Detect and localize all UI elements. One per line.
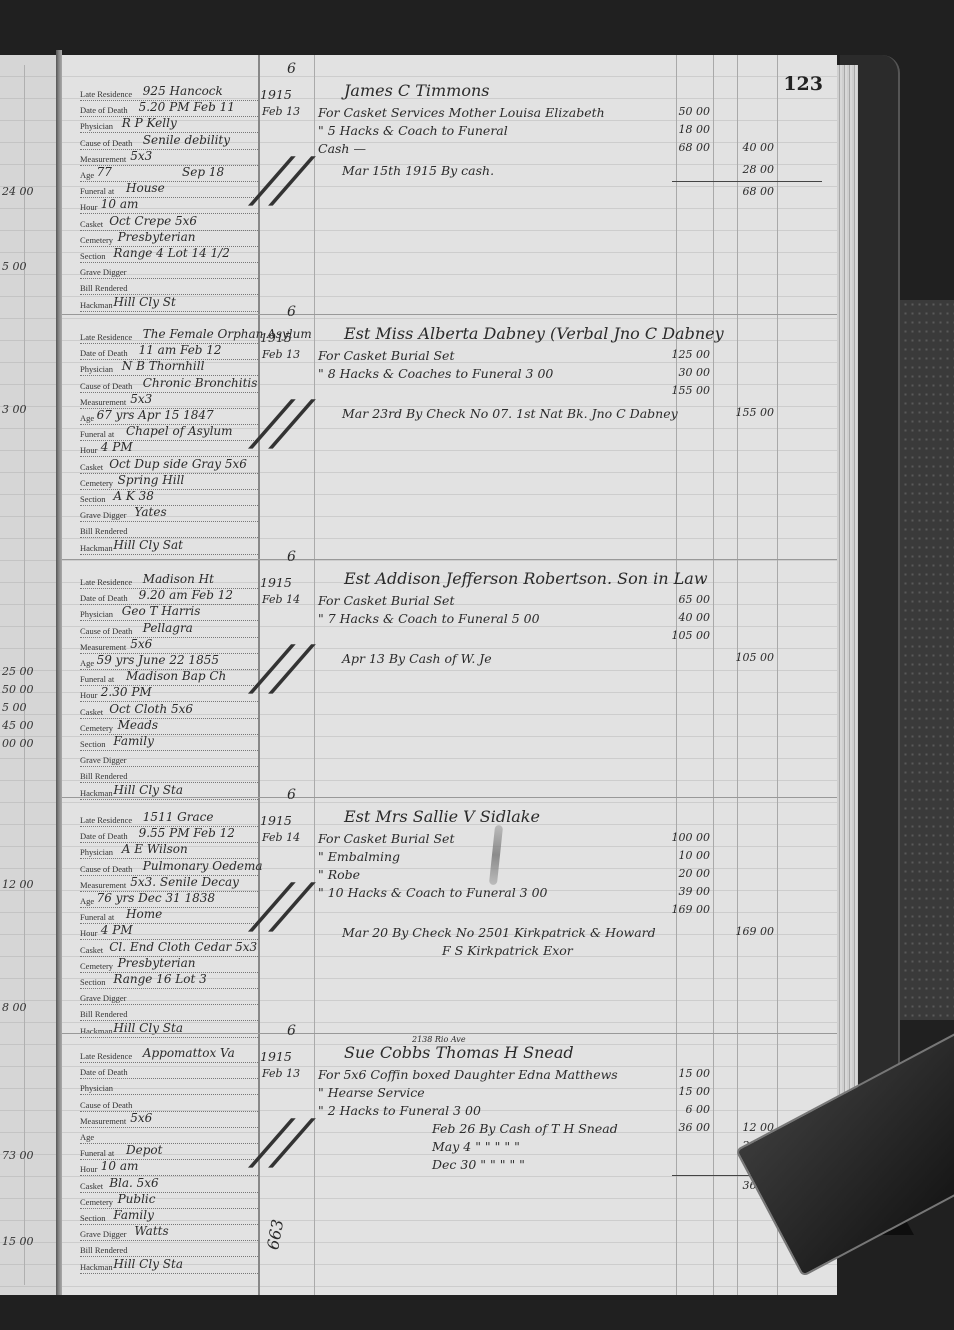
field-line <box>80 1175 258 1176</box>
field-line <box>80 1127 258 1128</box>
payment-line: Apr 13 By Cash of W. Je <box>342 651 492 666</box>
charge-line: For Casket Services Mother Louisa Elizab… <box>318 105 605 120</box>
field-label: Late Residence <box>80 577 132 587</box>
field-line <box>80 1224 258 1225</box>
field-label: Measurement <box>80 880 126 890</box>
charge-line: Cash — <box>318 141 366 156</box>
payment-line: Mar 23rd By Check No 07. 1st Nat Bk. Jno… <box>342 406 678 421</box>
field-section: A K 38 <box>113 489 154 503</box>
field-label: Grave Digger <box>80 267 127 277</box>
field-line <box>80 1240 258 1241</box>
entry-date: Feb 14 <box>262 593 300 606</box>
field-label: Section <box>80 977 106 987</box>
field-label: Cause of Death <box>80 381 132 391</box>
field-label: Hour <box>80 445 97 455</box>
left-amount: 25 00 <box>2 665 34 678</box>
field-label: Section <box>80 739 106 749</box>
charge-line: For Casket Burial Set <box>318 831 454 846</box>
field-line <box>80 521 258 522</box>
field-label: Physician <box>80 847 113 857</box>
field-label: Bill Rendered <box>80 1245 127 1255</box>
charge-line: " 7 Hacks & Coach to Funeral 5 00 <box>318 611 540 626</box>
field-label: Age <box>80 170 94 180</box>
field-hour: 10 am <box>101 1159 139 1173</box>
page-number: 123 <box>783 73 823 95</box>
field-label: Casket <box>80 462 103 472</box>
field-cemetery: Presbyterian <box>118 956 196 970</box>
field-cause-of-death: Pellagra <box>143 621 193 635</box>
field-line <box>80 734 258 735</box>
field-line <box>80 766 258 767</box>
ink-stain <box>489 825 503 886</box>
field-label: Bill Rendered <box>80 526 127 536</box>
charge-amount: 100 00 <box>666 831 710 844</box>
field-cause-of-death: Senile debility <box>143 133 230 147</box>
charge-amount: 20 00 <box>666 867 710 880</box>
field-cemetery: Presbyterian <box>118 230 196 244</box>
field-label: Hour <box>80 202 97 212</box>
charge-line: " Robe <box>318 867 360 882</box>
entry-name: James C Timmons <box>344 81 490 100</box>
field-label: Date of Death <box>80 831 128 841</box>
payment-amount: 28 00 <box>730 163 774 176</box>
payment-amount: 155 00 <box>730 406 774 419</box>
left-amount: 45 00 <box>2 719 34 732</box>
field-line <box>80 505 258 506</box>
field-label: Grave Digger <box>80 1229 127 1239</box>
charge-amount: 68 00 <box>666 141 710 154</box>
side-note: 663 <box>263 1218 287 1251</box>
field-label: Age <box>80 1132 94 1142</box>
field-age: 59 yrs June 22 1855 <box>97 653 219 667</box>
field-section: Family <box>113 1208 154 1222</box>
charge-line: For 5x6 Coffin boxed Daughter Edna Matth… <box>318 1067 618 1082</box>
field-funeral-at: Madison Bap Ch <box>126 669 226 683</box>
charge-line: " 8 Hacks & Coaches to Funeral 3 00 <box>318 366 553 381</box>
charge-amount: 125 00 <box>666 348 710 361</box>
field-hour: 2.30 PM <box>101 685 152 699</box>
field-funeral-at: Depot <box>126 1143 162 1157</box>
ledger-page: 123 Late Residence925 HancockDate of Dea… <box>62 55 837 1295</box>
field-label: Casket <box>80 219 103 229</box>
charge-line: " Hearse Service <box>318 1085 425 1100</box>
entry-separator <box>62 559 837 560</box>
total-rule <box>672 181 822 182</box>
entry-year: 1915 <box>260 813 292 828</box>
field-grave-digger: Yates <box>134 505 166 519</box>
field-label: Date of Death <box>80 1067 128 1077</box>
field-casket: Bla. 5x6 <box>109 1176 158 1190</box>
left-amount: 8 00 <box>2 1001 27 1014</box>
entry-mark: 6 <box>287 1023 296 1039</box>
field-label: Physician <box>80 364 113 374</box>
field-label: Cemetery <box>80 1197 113 1207</box>
charge-amount: 50 00 <box>666 105 710 118</box>
field-label: Casket <box>80 945 103 955</box>
field-cemetery: Public <box>118 1192 156 1206</box>
entry-separator <box>62 797 837 798</box>
credit-column-line <box>737 55 738 1295</box>
charge-line: " 2 Hacks to Funeral 3 00 <box>318 1103 481 1118</box>
field-line <box>80 489 258 490</box>
field-label: Section <box>80 494 106 504</box>
field-line <box>80 262 258 263</box>
payment-amount: 36 00 <box>666 1121 710 1134</box>
field-label: Late Residence <box>80 332 132 342</box>
field-line <box>80 1004 258 1005</box>
field-physician: R P Kelly <box>122 116 177 130</box>
field-late-residence: Madison Ht <box>143 572 214 586</box>
field-label: Casket <box>80 707 103 717</box>
field-age-note: Sep 18 <box>182 165 224 179</box>
left-amount: 15 00 <box>2 1235 34 1248</box>
field-line <box>80 1208 258 1209</box>
entry-mark: 6 <box>287 549 296 565</box>
field-hackman: Hill Cly Sta <box>113 1257 183 1271</box>
field-label: Measurement <box>80 1116 126 1126</box>
left-amount: 24 00 <box>2 185 34 198</box>
field-section: Range 4 Lot 14 1/2 <box>113 246 229 260</box>
payment-amount: 169 00 <box>730 925 774 938</box>
field-label: Cause of Death <box>80 138 132 148</box>
field-line <box>80 311 258 312</box>
field-casket: Oct Crepe 5x6 <box>109 214 197 228</box>
field-label: Late Residence <box>80 815 132 825</box>
field-line <box>80 554 258 555</box>
entry-date: Feb 14 <box>262 831 300 844</box>
entry-year: 1915 <box>260 87 292 102</box>
field-physician: Geo T Harris <box>122 604 201 618</box>
charge-line: For Casket Burial Set <box>318 593 454 608</box>
field-casket: Oct Cloth 5x6 <box>109 702 193 716</box>
left-amount: 12 00 <box>2 878 34 891</box>
field-line <box>80 637 258 638</box>
field-label: Age <box>80 413 94 423</box>
cents-column-line <box>713 55 714 1295</box>
field-hour: 4 PM <box>101 440 133 454</box>
field-line <box>80 149 258 150</box>
field-line <box>80 1062 258 1063</box>
charge-line: " Embalming <box>318 849 400 864</box>
charge-amount: 155 00 <box>666 384 710 397</box>
field-date-of-death: 11 am Feb 12 <box>139 343 222 357</box>
field-line <box>80 278 258 279</box>
field-age: 67 yrs Apr 15 1847 <box>97 408 214 422</box>
field-cause-of-death: Pulmonary Oedema <box>143 859 263 873</box>
field-line <box>80 392 258 393</box>
field-measurement: 5x6 <box>130 1111 152 1125</box>
field-hackman: Hill Cly Sat <box>113 538 183 552</box>
field-label: Measurement <box>80 642 126 652</box>
field-label: Age <box>80 896 94 906</box>
field-label: Funeral at <box>80 186 114 196</box>
field-funeral-at: House <box>126 181 165 195</box>
field-label: Funeral at <box>80 912 114 922</box>
field-physician: N B Thornhill <box>122 359 205 373</box>
field-label: Age <box>80 658 94 668</box>
charge-amount: 6 00 <box>666 1103 710 1116</box>
field-label: Funeral at <box>80 674 114 684</box>
payment-amount: 105 00 <box>730 651 774 664</box>
left-page-fragment: 24 00 5 00 3 00 25 00 50 00 5 00 45 00 0… <box>0 55 58 1295</box>
charge-amount: 65 00 <box>666 593 710 606</box>
field-label: Bill Rendered <box>80 283 127 293</box>
field-line <box>80 1078 258 1079</box>
left-amount: 50 00 <box>2 683 34 696</box>
charge-amount: 15 00 <box>666 1067 710 1080</box>
field-section: Family <box>113 734 154 748</box>
field-funeral-at: Chapel of Asylum <box>126 424 233 438</box>
field-label: Late Residence <box>80 1051 132 1061</box>
entry-year: 1915 <box>260 575 292 590</box>
field-label: Cause of Death <box>80 1100 132 1110</box>
entry-date: Feb 13 <box>262 348 300 361</box>
field-label: Cemetery <box>80 235 113 245</box>
payment-line: Feb 26 By Cash of T H Snead <box>432 1121 618 1136</box>
entry-mark: 6 <box>287 61 296 77</box>
field-casket: Cl. End Cloth Cedar 5x3 <box>109 940 257 954</box>
field-line <box>80 181 258 182</box>
charge-amount: 15 00 <box>666 1085 710 1098</box>
field-hour: 10 am <box>101 197 139 211</box>
field-label: Section <box>80 1213 106 1223</box>
field-late-residence: 1511 Grace <box>143 810 214 824</box>
payment-line: Mar 20 By Check No 2501 Kirkpatrick & Ho… <box>342 925 656 940</box>
field-label: Cemetery <box>80 961 113 971</box>
entry-date: Feb 13 <box>262 1067 300 1080</box>
field-label: Casket <box>80 1181 103 1191</box>
field-measurement: 5x3 <box>130 149 152 163</box>
left-amount: 3 00 <box>2 403 27 416</box>
field-label: Funeral at <box>80 429 114 439</box>
credit-amount: 40 00 <box>730 141 774 154</box>
charge-amount: 30 00 <box>666 366 710 379</box>
left-amount: 5 00 <box>2 260 27 273</box>
field-late-residence: Appomattox Va <box>143 1046 235 1060</box>
field-section: Range 16 Lot 3 <box>113 972 206 986</box>
field-label: Cemetery <box>80 478 113 488</box>
field-label: Hackman <box>80 1026 113 1036</box>
field-physician: A E Wilson <box>122 842 188 856</box>
entry-mark: 6 <box>287 304 296 320</box>
field-label: Date of Death <box>80 105 128 115</box>
field-hour: 4 PM <box>101 923 133 937</box>
charge-amount: 39 00 <box>666 885 710 898</box>
field-label: Grave Digger <box>80 755 127 765</box>
entry-name: Sue Cobbs Thomas H Snead <box>344 1043 574 1062</box>
field-date-of-death: 9.20 am Feb 12 <box>139 588 233 602</box>
entry-name: Est Mrs Sallie V Sidlake <box>344 807 540 826</box>
field-funeral-at: Home <box>126 907 162 921</box>
field-label: Physician <box>80 121 113 131</box>
field-label: Hackman <box>80 1262 113 1272</box>
field-label: Grave Digger <box>80 510 127 520</box>
field-line <box>80 1192 258 1193</box>
field-line <box>80 1094 258 1095</box>
field-label: Hour <box>80 928 97 938</box>
charge-amount: 10 00 <box>666 849 710 862</box>
field-age: 77 <box>97 165 112 179</box>
field-age: 76 yrs Dec 31 1838 <box>97 891 215 905</box>
entry-date: Feb 13 <box>262 105 300 118</box>
field-label: Cause of Death <box>80 626 132 636</box>
field-measurement: 5x6 <box>130 637 152 651</box>
field-cause-of-death: Chronic Bronchitis <box>143 376 258 390</box>
field-line <box>80 750 258 751</box>
entry-name: Est Addison Jefferson Robertson. Son in … <box>344 569 708 588</box>
payment-line: May 4 " " " " " <box>432 1139 520 1154</box>
entry-mark: 6 <box>287 787 296 803</box>
charge-amount: 18 00 <box>666 123 710 136</box>
field-hackman: Hill Cly Sta <box>113 783 183 797</box>
field-date-of-death: 5.20 PM Feb 11 <box>139 100 235 114</box>
entry-total: 68 00 <box>730 185 774 198</box>
field-label: Hackman <box>80 300 113 310</box>
entry-year: 1915 <box>260 1049 292 1064</box>
field-measurement: 5x3. Senile Decay <box>130 875 239 889</box>
left-amount: 73 00 <box>2 1149 34 1162</box>
field-cemetery: Spring Hill <box>118 473 185 487</box>
field-label: Funeral at <box>80 1148 114 1158</box>
charge-line: " 5 Hacks & Coach to Funeral <box>318 123 508 138</box>
entry-name: Est Miss Alberta Dabney (Verbal Jno C Da… <box>344 324 724 343</box>
field-line <box>80 988 258 989</box>
charge-line: For Casket Burial Set <box>318 348 454 363</box>
field-label: Cemetery <box>80 723 113 733</box>
entry-separator <box>62 314 837 315</box>
field-label: Measurement <box>80 154 126 164</box>
field-line <box>80 799 258 800</box>
field-line <box>80 1111 258 1112</box>
left-amount: 5 00 <box>2 701 27 714</box>
charge-amount: 105 00 <box>666 629 710 642</box>
field-label: Cause of Death <box>80 864 132 874</box>
payment-line: Mar 15th 1915 By cash. <box>342 163 494 178</box>
field-label: Section <box>80 251 106 261</box>
field-line <box>80 1273 258 1274</box>
charge-amount: 169 00 <box>666 903 710 916</box>
field-label: Physician <box>80 609 113 619</box>
field-label: Date of Death <box>80 593 128 603</box>
field-label: Physician <box>80 1083 113 1093</box>
felt-background <box>895 300 954 1020</box>
field-cemetery: Meads <box>118 718 158 732</box>
field-line <box>80 1143 258 1144</box>
field-label: Late Residence <box>80 89 132 99</box>
field-grave-digger: Watts <box>134 1224 168 1238</box>
field-line <box>80 718 258 719</box>
field-line <box>80 907 258 908</box>
field-measurement: 5x3 <box>130 392 152 406</box>
entry-year: 1915 <box>260 330 292 345</box>
payment-line: F S Kirkpatrick Exor <box>442 943 573 958</box>
field-label: Hackman <box>80 543 113 553</box>
payment-line: Dec 30 " " " " " <box>432 1157 525 1172</box>
left-amount: 00 00 <box>2 737 34 750</box>
field-label: Hour <box>80 690 97 700</box>
field-label: Measurement <box>80 397 126 407</box>
charge-line: " 10 Hacks & Coach to Funeral 3 00 <box>318 885 548 900</box>
charge-amount: 40 00 <box>666 611 710 624</box>
field-hackman: Hill Cly St <box>113 295 175 309</box>
field-line <box>80 1037 258 1038</box>
credit-cents-column-line <box>777 55 778 1295</box>
field-date-of-death: 9.55 PM Feb 12 <box>139 826 235 840</box>
field-late-residence: 925 Hancock <box>143 84 223 98</box>
field-label: Date of Death <box>80 348 128 358</box>
field-label: Bill Rendered <box>80 771 127 781</box>
field-label: Grave Digger <box>80 993 127 1003</box>
field-casket: Oct Dup side Gray 5x6 <box>109 457 247 471</box>
field-label: Bill Rendered <box>80 1009 127 1019</box>
field-label: Hour <box>80 1164 97 1174</box>
entry-separator <box>62 1033 837 1034</box>
